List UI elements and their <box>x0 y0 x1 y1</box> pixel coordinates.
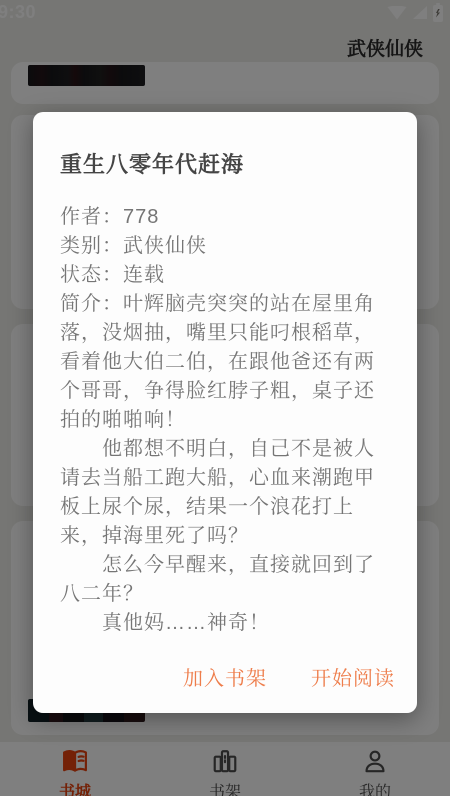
book-status-row: 状态：连载 <box>60 261 390 290</box>
book-category: 武侠仙侠 <box>123 235 207 257</box>
app-screen: 9:30 武侠仙侠 书城 <box>0 0 450 796</box>
book-detail-dialog: 重生八零年代赶海 作者：778 类别：武侠仙侠 状态：连载 简介：叶辉脑壳突突的… <box>33 112 417 713</box>
dialog-actions: 加入书架 开始阅读 <box>183 662 395 691</box>
book-info: 作者：778 类别：武侠仙侠 状态：连载 简介：叶辉脑壳突突的站在屋里角落，没烟… <box>60 203 390 638</box>
book-author-row: 作者：778 <box>60 203 390 232</box>
book-author: 778 <box>123 206 159 228</box>
book-status: 连载 <box>123 264 165 286</box>
book-category-row: 类别：武侠仙侠 <box>60 232 390 261</box>
start-reading-button[interactable]: 开始阅读 <box>311 662 395 691</box>
add-to-shelf-button[interactable]: 加入书架 <box>183 662 267 691</box>
book-synopsis: 简介：叶辉脑壳突突的站在屋里角落，没烟抽，嘴里只能叼根稻草，看着他大伯二伯，在跟… <box>60 290 390 638</box>
book-title: 重生八零年代赶海 <box>60 148 390 179</box>
